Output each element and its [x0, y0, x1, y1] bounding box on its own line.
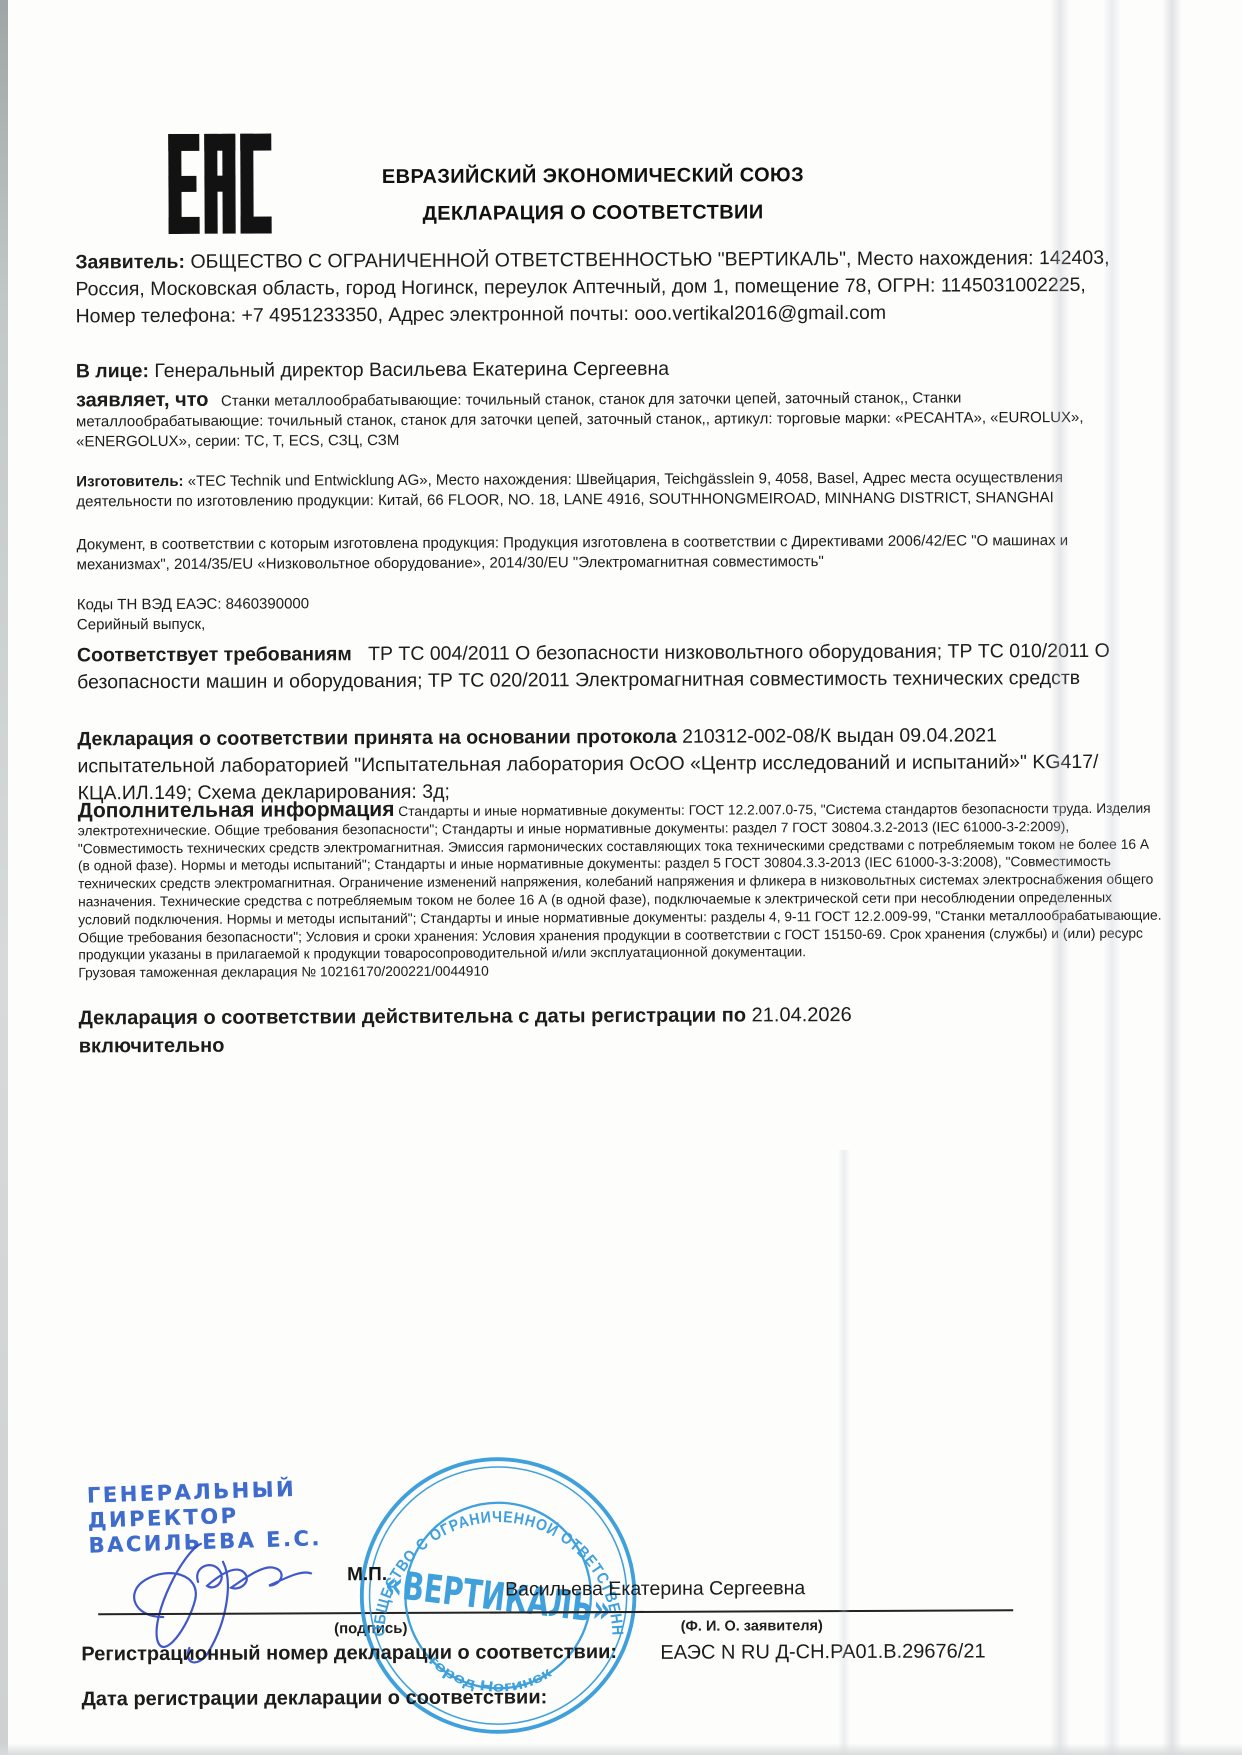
basis-paragraph: Декларация о соответствии принята на осн… — [77, 722, 1122, 808]
applicant-text: ОБЩЕСТВО С ОГРАНИЧЕННОЙ ОТВЕТСТВЕННОСТЬЮ… — [75, 247, 1109, 328]
reg-date-label: Дата регистрации декларации о соответств… — [82, 1686, 548, 1711]
document-title: ДЕКЛАРАЦИЯ О СООТВЕТСТВИИ — [243, 201, 943, 227]
reg-number-value: ЕАЭС N RU Д-CH.РА01.В.29676/21 — [660, 1640, 985, 1664]
declares-paragraph: заявляет, что Станки металлообрабатывающ… — [76, 386, 1141, 453]
validity-label: Декларация о соответствии действительна … — [79, 1004, 747, 1029]
validity-suffix: включительно — [79, 1028, 1124, 1061]
declares-text: Станки металлообрабатывающие: точильный … — [76, 390, 1084, 451]
serial-line: Серийный выпуск, — [77, 611, 1077, 635]
manufacture-document-paragraph: Документ, в соответствии с которым изгот… — [77, 531, 1145, 576]
reg-number-label: Регистрационный номер декларации о соотв… — [81, 1641, 617, 1666]
basis-label: Декларация о соответствии принята на осн… — [77, 726, 676, 751]
union-title: ЕВРАЗИЙСКИЙ ЭКОНОМИЧЕСКИЙ СОЮЗ — [243, 164, 943, 190]
additional-info-label: Дополнительная информация — [78, 798, 395, 822]
manufacturer-paragraph: Изготовитель: «TEC Technik und Entwicklu… — [76, 468, 1141, 513]
conforms-paragraph: Соответствует требованиям ТР ТС 004/2011… — [77, 638, 1122, 697]
additional-info-paragraph: Дополнительная информация Стандарты и ин… — [78, 798, 1164, 983]
applicant-label: Заявитель: — [75, 251, 185, 273]
declaration-document: ЕВРАЗИЙСКИЙ ЭКОНОМИЧЕСКИЙ СОЮЗ ДЕКЛАРАЦИ… — [0, 0, 1242, 1755]
manufacturer-label: Изготовитель: — [76, 473, 183, 490]
conforms-label: Соответствует требованиям — [77, 643, 352, 666]
person-text: Генеральный директор Васильева Екатерина… — [154, 358, 669, 382]
applicant-paragraph: Заявитель: ОБЩЕСТВО С ОГРАНИЧЕННОЙ ОТВЕТ… — [75, 245, 1110, 331]
page-left-edge — [0, 0, 8, 1755]
manufacturer-text: «TEC Technik und Entwicklung AG», Место … — [76, 469, 1063, 510]
fio-value: Васильева Екатерина Сергеевна — [505, 1577, 805, 1601]
validity-paragraph: Декларация о соответствии действительна … — [79, 1000, 1124, 1061]
page-bottom-edge — [0, 1743, 1242, 1755]
validity-date: 21.04.2026 — [752, 1004, 852, 1026]
customs-declaration-line: Грузовая таможенная декларация № 1021617… — [78, 960, 1163, 983]
person-label: В лице: — [76, 360, 149, 382]
declares-label: заявляет, что — [76, 389, 209, 412]
additional-info-text: Стандарты и иные нормативные документы: … — [78, 801, 1162, 963]
fio-caption: (Ф. И. О. заявителя) — [490, 1617, 1013, 1635]
person-line: В лице: Генеральный директор Васильева Е… — [76, 354, 1111, 386]
mp-label: М.П. — [347, 1564, 387, 1586]
